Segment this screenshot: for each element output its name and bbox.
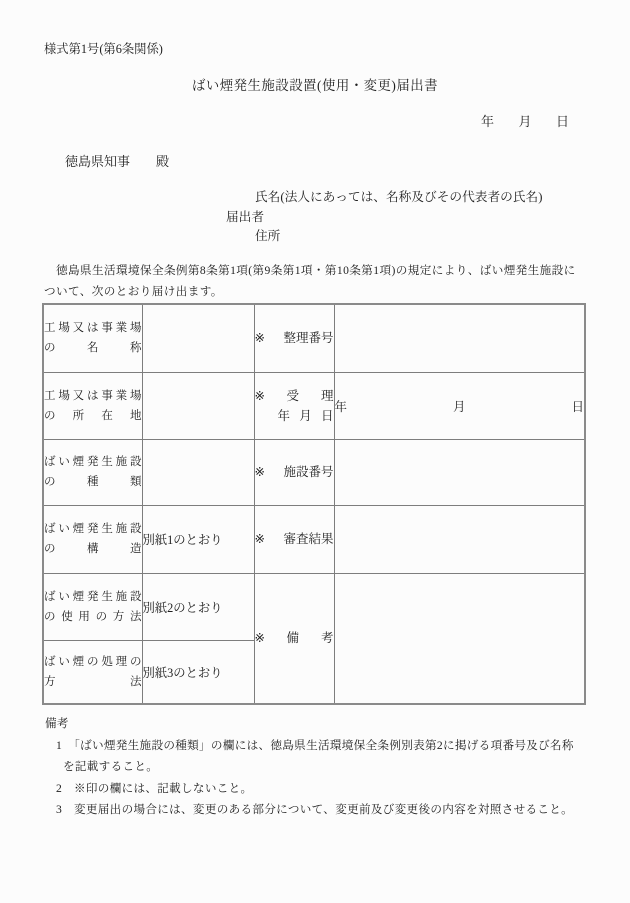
form-page: 様式第1号(第6条関係) ばい煙発生施設設置(使用・変更)届出書 年 月 日 徳… — [0, 0, 630, 903]
label-line: の 構 造 — [44, 539, 142, 559]
usage-method-label: ばい煙発生施設 の使用の方法 — [43, 573, 142, 640]
label-line: 工場又は事業場 — [44, 318, 142, 338]
star-label: 施設番号 — [283, 462, 333, 482]
usage-method-attachment: 別紙2のとおり — [142, 573, 254, 640]
receipt-date-value-cell: 年 月 日 — [334, 372, 585, 439]
intro-line-1: 徳島県生活環境保全条例第8条第1項(第9条第1項・第10条第1項)の規定により、… — [44, 262, 576, 278]
main-table: 工場又は事業場 の 名 称 ※ 整理番号 工場又は事業場 の 所 在 地 ※ — [42, 303, 586, 705]
notes-section: 備考 1 「ばい煙発生施設の種類」の欄には、徳島県生活環境保全条例別表第2に掲げ… — [0, 713, 630, 821]
treatment-method-label: ばい煙の処理の 方 法 — [43, 640, 142, 704]
label-line: の 名 称 — [44, 338, 142, 358]
facility-type-label: ばい煙発生施設 の 種 類 — [43, 439, 142, 505]
table-row-usage-method: ばい煙発生施設 の使用の方法 別紙2のとおり ※ 備 考 — [43, 573, 585, 640]
notes-heading: 備考 — [45, 713, 630, 735]
form-number: 様式第1号(第6条関係) — [44, 39, 163, 57]
label-line: の 種 類 — [44, 472, 142, 492]
star-label-line-2: 年月日 — [255, 406, 334, 426]
facility-type-entry-cell — [142, 439, 254, 505]
note-item-1-line-2: を記載すること。 — [63, 756, 630, 778]
table-row-facility-structure: ばい煙発生施設 の 構 造 別紙1のとおり ※ 審査結果 — [43, 505, 585, 573]
facility-number-value-cell — [334, 439, 585, 505]
review-result-label: ※ 審査結果 — [254, 505, 334, 573]
facility-structure-attachment: 別紙1のとおり — [142, 505, 254, 573]
serial-number-value-cell — [334, 304, 585, 372]
applicant-address-line: 住所 — [255, 225, 280, 244]
treatment-method-attachment: 別紙3のとおり — [142, 640, 254, 704]
applicant-name-line: 氏名(法人にあっては、名称及びその代表者の氏名) — [255, 186, 542, 205]
factory-address-entry-cell — [142, 372, 254, 439]
label-line: ばい煙発生施設 — [44, 519, 142, 539]
addressee: 徳島県知事 殿 — [65, 151, 169, 170]
label-line: ばい煙発生施設 — [44, 587, 142, 607]
label-line: の 所 在 地 — [44, 406, 142, 426]
factory-address-label: 工場又は事業場 の 所 在 地 — [43, 372, 142, 439]
star-mark: ※ — [255, 386, 265, 406]
factory-name-entry-cell — [142, 304, 254, 372]
receipt-date-label: ※ 受 理 年月日 — [254, 372, 334, 439]
factory-name-label: 工場又は事業場 の 名 称 — [43, 304, 142, 372]
table-row-factory-address: 工場又は事業場 の 所 在 地 ※ 受 理 年月日 年 月 日 — [43, 372, 585, 439]
applicant-label: 届出者 — [226, 206, 264, 225]
page-title: ばい煙発生施設設置(使用・変更)届出書 — [0, 75, 630, 94]
star-label: 審査結果 — [283, 529, 333, 549]
star-mark: ※ — [255, 462, 265, 482]
review-result-value-cell — [334, 505, 585, 573]
star-label: 備 考 — [287, 628, 334, 648]
table-row-facility-type: ばい煙発生施設 の 種 類 ※ 施設番号 — [43, 439, 585, 505]
date-line: 年 月 日 — [481, 111, 569, 130]
label-line: ばい煙の処理の — [44, 652, 142, 672]
note-item-2: 2 ※印の欄には、記載しないこと。 — [56, 778, 630, 800]
remarks-label: ※ 備 考 — [254, 573, 334, 704]
label-line: 方 法 — [44, 672, 142, 692]
star-label: 整理番号 — [283, 328, 333, 348]
facility-structure-label: ばい煙発生施設 の 構 造 — [43, 505, 142, 573]
note-item-3: 3 変更届出の場合には、変更のある部分について、変更前及び変更後の内容を対照させ… — [56, 799, 630, 821]
table-row-factory-name: 工場又は事業場 の 名 称 ※ 整理番号 — [43, 304, 585, 372]
serial-number-label: ※ 整理番号 — [254, 304, 334, 372]
star-mark: ※ — [255, 628, 265, 648]
remarks-value-cell — [334, 573, 585, 704]
label-line: の使用の方法 — [44, 607, 142, 627]
intro-line-2: ついて、次のとおり届け出ます。 — [44, 283, 223, 299]
label-line: ばい煙発生施設 — [44, 452, 142, 472]
facility-number-label: ※ 施設番号 — [254, 439, 334, 505]
star-mark: ※ — [255, 529, 265, 549]
note-item-1-line-1: 1 「ばい煙発生施設の種類」の欄には、徳島県生活環境保全条例別表第2に掲げる項番… — [56, 735, 630, 757]
star-label: 受 理 — [287, 386, 334, 406]
label-line: 工場又は事業場 — [44, 386, 142, 406]
star-mark: ※ — [255, 328, 265, 348]
